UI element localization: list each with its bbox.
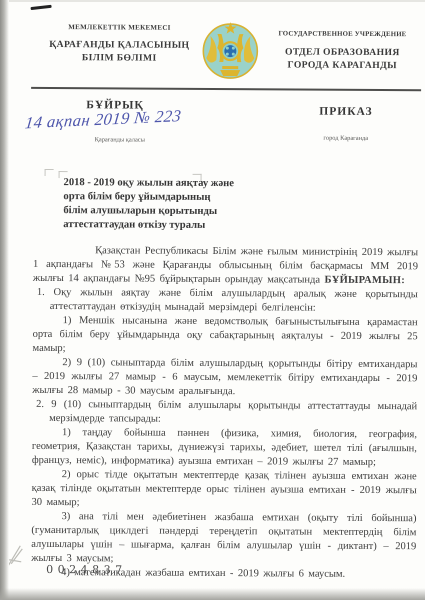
org-city-kk: ҚАРАҒАНДЫ ҚАЛАСЫНЫҢ xyxy=(31,38,207,52)
order-label-ru: ПРИКАЗ xyxy=(290,105,402,118)
directive-item-1-sub-1: 1) Меншік нысанына және ведомстволық бағ… xyxy=(32,314,417,358)
document-content: МЕМЛЕКЕТТІК МЕКЕМЕСІ ҚАРАҒАНДЫ ҚАЛАСЫНЫҢ… xyxy=(0,0,425,600)
resolve-word: БҰЙЫРАМЫН: xyxy=(324,275,405,286)
scan-edge-left xyxy=(0,0,9,600)
org-name-kazakh: МЕМЛЕКЕТТІК МЕКЕМЕСІ ҚАРАҒАНДЫ ҚАЛАСЫНЫҢ… xyxy=(31,23,207,65)
scanned-document-page: МЕМЛЕКЕТТІК МЕКЕМЕСІ ҚАРАҒАНДЫ ҚАЛАСЫНЫҢ… xyxy=(0,0,425,600)
directive-item-2: 2. 9 (10) сыныптардың білім алушылары қо… xyxy=(32,398,417,428)
directive-item-2-sub-3: 3) ана тілі мен әдебиетінен жазбаша емти… xyxy=(31,510,416,568)
handwritten-date-number: 14 ақпан 2019 № 223 xyxy=(24,105,196,133)
city-label-ru: город Караганда xyxy=(285,134,407,142)
kazakhstan-emblem-icon xyxy=(200,16,260,82)
order-intro-paragraph: Қазақстан Республикасы Білім және ғылым … xyxy=(33,244,418,288)
directive-item-1-sub-2: 2) 9 (10) сыныптарда білім алушылардың қ… xyxy=(32,356,417,400)
directive-item-2-sub-2: 2) орыс тілде оқытатын мектептерде қазақ… xyxy=(32,468,417,512)
org-type-kk: МЕМЛЕКЕТТІК МЕКЕМЕСІ xyxy=(31,23,207,32)
org-dept-ru: ОТДЕЛ ОБРАЗОВАНИЯ xyxy=(263,45,421,59)
scan-edge-top xyxy=(0,0,425,2)
form-serial-number: 0024837 xyxy=(46,563,127,576)
directive-item-1: 1. Оқу жылын аяқтау және білім алушылард… xyxy=(33,286,418,316)
header-divider-line xyxy=(31,87,421,91)
scan-edge-bottom xyxy=(0,588,425,600)
org-dept-kk: БІЛІМ БӨЛІМІ xyxy=(31,51,207,65)
title-line: аттестаттаудан өткізу туралы xyxy=(63,218,323,234)
org-type-ru: ГОСУДАРСТВЕННОЕ УЧРЕЖДЕНИЕ xyxy=(263,30,421,38)
order-body: Қазақстан Республикасы Білім және ғылым … xyxy=(31,244,418,582)
document-title: 2018 - 2019 оқу жылын аяқтау және орта б… xyxy=(63,176,323,234)
org-city-ru: ГОРОДА КАРАГАНДЫ xyxy=(263,58,421,72)
ink-dash-mark xyxy=(30,5,51,10)
city-label-kk: Қарағанды қаласы xyxy=(59,136,181,144)
directive-item-2-sub-1: 1) таңдау бойынша пәннен (физика, химия,… xyxy=(32,426,417,470)
org-name-russian: ГОСУДАРСТВЕННОЕ УЧРЕЖДЕНИЕ ОТДЕЛ ОБРАЗОВ… xyxy=(263,30,421,72)
corner-mark xyxy=(45,169,54,176)
